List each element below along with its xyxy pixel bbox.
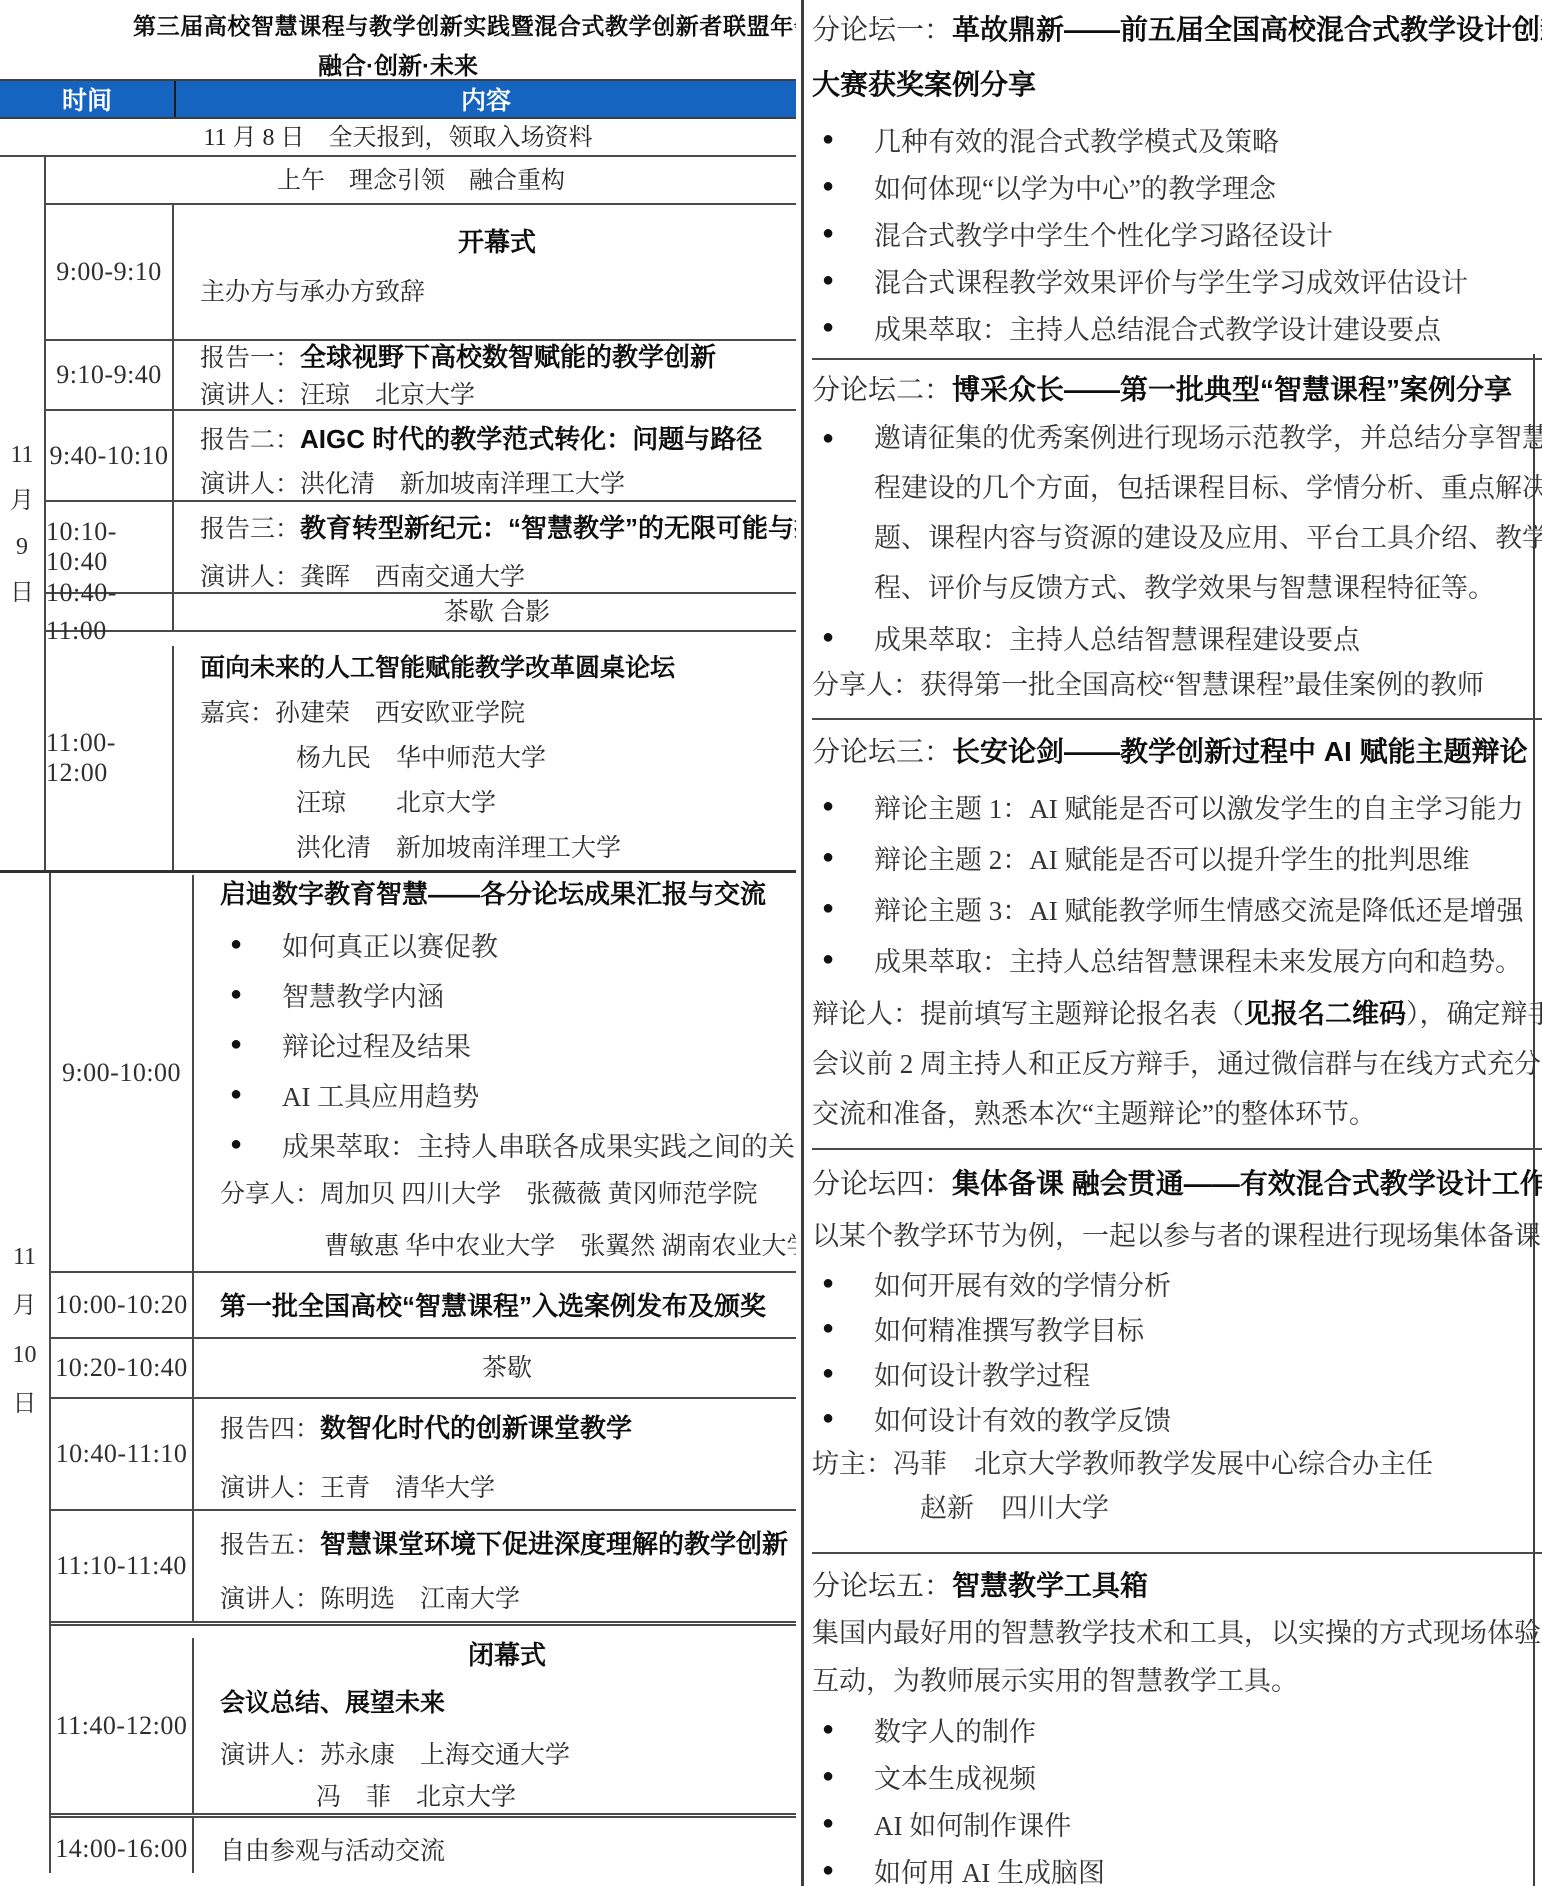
report-title: 数智化时代的创新课堂教学 <box>320 1413 632 1443</box>
bullet-item: ●智慧教学内涵 <box>220 969 794 1019</box>
speaker-line: 演讲人：苏永康 上海交通大学 <box>220 1740 794 1772</box>
forum-4-section: 分论坛四：集体备课 融会贯通——有效混合式教学设计工作坊 以某个教学环节为例，一… <box>812 1148 1542 1552</box>
date-char: 月 <box>10 478 34 524</box>
morning-theme-row: 上午 理念引领 融合重构 <box>46 157 796 205</box>
bullet-icon: ● <box>220 933 282 956</box>
guest-line: 汪琼 北京大学 <box>200 781 794 826</box>
bullet-text: 混合式课程教学效果评价与学生学习成效评估设计 <box>874 261 1468 300</box>
time-cell: 10:20-10:40 <box>51 1339 194 1397</box>
table-row: 9:10-9:40 报告一：全球视野下高校数智赋能的教学创新 演讲人：汪琼 北京… <box>46 341 796 411</box>
bullet-text: 数字人的制作 <box>874 1710 1036 1749</box>
table-row: 11:10-11:40 报告五：智慧课堂环境下促进深度理解的教学创新 演讲人：陈… <box>51 1511 796 1621</box>
sharer-note: 分享人：获得第一批全国高校“智慧课程”最佳案例的教师 <box>812 661 1542 709</box>
day2-section: 11 月 10 日 9:00-10:00 启迪数字教育智慧——各分论坛成果汇报与… <box>0 870 796 1873</box>
document-title: 第三届高校智慧课程与教学创新实践暨混合式教学创新者联盟年会 <box>133 8 796 46</box>
bullet-icon: ● <box>812 1859 874 1882</box>
table-row: 10:20-10:40 茶歇 <box>51 1339 796 1399</box>
paragraph-line: 程、评价与反馈方式、教学效果与智慧课程特征等。 <box>874 563 1542 613</box>
time-cell: 11:40-12:00 <box>51 1638 194 1813</box>
report-title: 教育转型新纪元：“智慧教学”的无限可能与挑战 <box>300 513 796 543</box>
forum-2-section: 分论坛二：博采众长——第一批典型“智慧课程”案例分享 ● 邀请征集的优秀案例进行… <box>812 358 1542 718</box>
bullet-icon: ● <box>220 983 282 1006</box>
bullet-item: ●如何开展有效的学情分析 <box>812 1261 1542 1306</box>
break-label: 茶歇 <box>194 1339 796 1397</box>
bullet-icon: ● <box>812 269 874 292</box>
time-cell: 10:40-11:00 <box>46 594 174 630</box>
speaker-line: 冯 菲 北京大学 <box>220 1782 794 1813</box>
forum-title: 博采众长——第一批典型“智慧课程”案例分享 <box>952 374 1512 405</box>
time-cell: 9:10-9:40 <box>46 341 174 409</box>
bullet-text: 智慧教学内涵 <box>282 975 444 1014</box>
report-prefix: 报告三： <box>200 516 300 543</box>
bullet-icon: ● <box>812 1407 874 1430</box>
table-header: 时间 内容 <box>0 79 796 119</box>
bullet-item: ●如何真正以赛促教 <box>220 919 794 969</box>
bullet-text: 成果萃取：主持人总结混合式教学设计建设要点 <box>874 308 1441 347</box>
break-label: 茶歇 合影 <box>174 594 796 630</box>
report-prefix: 报告五： <box>220 1532 320 1559</box>
bullet-item: ●成果萃取：主持人总结智慧课程未来发展方向和趋势。 <box>812 934 1542 985</box>
page-divider-line <box>801 0 804 1886</box>
guest-line: 嘉宾：孙建荣 西安欧亚学院 <box>200 691 794 736</box>
forums-page: 分论坛一：革故鼎新——前五届全国高校混合式教学设计创新 大赛获奖案例分享 ●几种… <box>812 0 1542 1886</box>
forum-title: 长安论剑——教学创新过程中 AI 赋能主题辩论 <box>952 736 1528 767</box>
table-row: 9:00-9:10 开幕式 主办方与承办方致辞 <box>46 205 796 341</box>
session-title: 启迪数字教育智慧——各分论坛成果汇报与交流 <box>220 875 794 913</box>
session-title: 闭幕式 <box>220 1638 794 1672</box>
bullet-text: 如何设计教学过程 <box>874 1354 1090 1393</box>
roundtable-title: 面向未来的人工智能赋能教学改革圆桌论坛 <box>200 646 794 691</box>
session-line: 主办方与承办方致辞 <box>200 277 794 309</box>
bullet-icon: ● <box>812 128 874 151</box>
speaker-line: 演讲人：王青 清华大学 <box>220 1474 794 1504</box>
report-title: AIGC 时代的教学范式转化：问题与路径 <box>300 424 762 454</box>
date-char: 11 <box>10 432 34 478</box>
bullet-item: ●混合式课程教学效果评价与学生学习成效评估设计 <box>812 257 1542 304</box>
bullet-text: 如何真正以赛促教 <box>282 925 498 964</box>
time-cell: 9:00-10:00 <box>51 875 194 1271</box>
bullet-icon: ● <box>812 316 874 339</box>
forum-title: 革故鼎新——前五届全国高校混合式教学设计创新 <box>952 14 1542 45</box>
table-row: 10:00-10:20 第一批全国高校“智慧课程”入选案例发布及颁奖 <box>51 1273 796 1339</box>
sharer-line: 分享人：周加贝 四川大学 张薇薇 黄冈师范学院 <box>220 1169 794 1221</box>
forum-intro: 集国内最好用的智慧教学技术和工具，以实操的方式现场体验与 <box>812 1609 1542 1657</box>
bullet-item: ●成果萃取：主持人串联各成果实践之间的关联 <box>220 1119 794 1169</box>
schedule-table: 11 月 8 日 全天报到，领取入场资料 11 月 9 日 上午 理念引领 融合… <box>0 119 796 1873</box>
bullet-item: ●几种有效的混合式教学模式及策略 <box>812 116 1542 163</box>
bullet-text: 如何开展有效的学情分析 <box>874 1264 1171 1303</box>
bullet-icon: ● <box>812 1272 874 1295</box>
forum-intro: 互动，为教师展示实用的智慧教学工具。 <box>812 1657 1542 1705</box>
bullet-item: ●辩论过程及结果 <box>220 1019 794 1069</box>
bullet-icon: ● <box>220 1083 282 1106</box>
bullet-icon: ● <box>812 795 874 818</box>
forum-title: 大赛获奖案例分享 <box>812 69 1036 100</box>
date-char: 日 <box>10 570 34 616</box>
bullet-item: ● 邀请征集的优秀案例进行现场示范教学，并总结分享智慧课 程建设的几个方面，包括… <box>812 413 1542 613</box>
bullet-item: ●AI 工具应用趋势 <box>220 1069 794 1119</box>
forum-intro: 以某个教学环节为例，一起以参与者的课程进行现场集体备课。 <box>812 1211 1542 1261</box>
sharer-line: 曹敏惠 华中农业大学 张翼然 湖南农业大学 <box>220 1221 794 1271</box>
bullet-icon: ● <box>812 846 874 869</box>
session-title: 开幕式 <box>200 225 794 259</box>
session-line: 自由参观与活动交流 <box>194 1818 796 1873</box>
forum-3-section: 分论坛三：长安论剑——教学创新过程中 AI 赋能主题辩论 ●辩论主题 1：AI … <box>812 718 1542 1148</box>
bullet-item: ●数字人的制作 <box>812 1707 1542 1752</box>
bullet-text: 文本生成视频 <box>874 1757 1036 1796</box>
date-char: 11 <box>13 1233 37 1282</box>
bullet-text: AI 如何制作课件 <box>874 1804 1071 1843</box>
time-cell: 11:10-11:40 <box>51 1511 194 1621</box>
time-cell: 11:00-12:00 <box>46 646 174 870</box>
time-cell: 9:40-10:10 <box>46 411 174 500</box>
forum-5-section: 分论坛五：智慧教学工具箱 集国内最好用的智慧教学技术和工具，以实操的方式现场体验… <box>812 1552 1542 1884</box>
date-char: 日 <box>13 1380 37 1429</box>
header-content-col: 内容 <box>176 81 796 117</box>
table-row: 14:00-16:00 自由参观与活动交流 <box>51 1813 796 1873</box>
bullet-icon: ● <box>812 897 874 920</box>
bullet-icon: ● <box>812 222 874 245</box>
table-row: 11:00-12:00 面向未来的人工智能赋能教学改革圆桌论坛 嘉宾：孙建荣 西… <box>46 632 796 870</box>
time-cell: 9:00-9:10 <box>46 205 174 339</box>
bullet-item: ●成果萃取：主持人总结混合式教学设计建设要点 <box>812 304 1542 351</box>
speaker-line: 演讲人：陈明选 江南大学 <box>220 1585 794 1615</box>
bullet-item: ●辩论主题 2：AI 赋能是否可以提升学生的批判思维 <box>812 832 1542 883</box>
paragraph-line: 会议前 2 周主持人和正反方辩手，通过微信群与在线方式充分 <box>812 1039 1542 1089</box>
bullet-item: ●辩论主题 1：AI 赋能是否可以激发学生的自主学习能力 <box>812 781 1542 832</box>
time-cell: 14:00-16:00 <box>51 1818 194 1873</box>
paragraph-line: 程建设的几个方面，包括课程目标、学情分析、重点解决问 <box>874 463 1542 513</box>
guest-line: 洪化清 新加坡南洋理工大学 <box>200 826 794 870</box>
date-char: 月 <box>13 1282 37 1331</box>
table-row: 10:40-11:00 茶歇 合影 <box>46 594 796 632</box>
bullet-item: ●如何精准撰写教学目标 <box>812 1306 1542 1351</box>
bullet-text: 成果萃取：主持人总结智慧课程建设要点 <box>874 618 1360 657</box>
forum-prefix: 分论坛二： <box>812 375 952 406</box>
forum-prefix: 分论坛四： <box>812 1169 952 1200</box>
document-subtitle: 融合·创新·未来 <box>0 46 796 81</box>
bullet-text: 几种有效的混合式教学模式及策略 <box>874 120 1279 159</box>
host-line: 赵新 四川大学 <box>812 1487 1542 1529</box>
time-cell: 10:40-11:10 <box>51 1399 194 1509</box>
bullet-item: ●混合式教学中学生个性化学习路径设计 <box>812 210 1542 257</box>
date-char: 10 <box>13 1331 37 1380</box>
forum-title: 集体备课 融会贯通——有效混合式教学设计工作坊 <box>952 1168 1542 1199</box>
bullet-text: AI 工具应用趋势 <box>282 1075 479 1114</box>
time-cell: 10:00-10:20 <box>51 1273 194 1337</box>
bullet-icon: ● <box>812 1317 874 1340</box>
bullet-icon: ● <box>812 413 874 463</box>
bullet-item: ●如何体现“以学为中心”的教学理念 <box>812 163 1542 210</box>
table-row: 9:40-10:10 报告二：AIGC 时代的教学范式转化：问题与路径 演讲人：… <box>46 411 796 502</box>
schedule-page: 第三届高校智慧课程与教学创新实践暨混合式教学创新者联盟年会 融合·创新·未来 时… <box>0 0 796 1886</box>
bullet-icon: ● <box>812 175 874 198</box>
bullet-item: ●AI 如何制作课件 <box>812 1801 1542 1846</box>
bullet-text: 成果萃取：主持人总结智慧课程未来发展方向和趋势。 <box>874 940 1522 979</box>
report-prefix: 报告一： <box>200 345 300 372</box>
bullet-item: ●如何设计教学过程 <box>812 1351 1542 1396</box>
bullet-text: 辩论主题 3：AI 赋能教学师生情感交流是降低还是增强 <box>874 889 1524 928</box>
forum-1-section: 分论坛一：革故鼎新——前五届全国高校混合式教学设计创新 大赛获奖案例分享 ●几种… <box>812 0 1542 358</box>
report-prefix: 报告四： <box>220 1416 320 1443</box>
bullet-icon: ● <box>812 1812 874 1835</box>
bullet-text: 辩论主题 1：AI 赋能是否可以激发学生的自主学习能力 <box>874 787 1524 826</box>
forum-prefix: 分论坛五： <box>812 1571 952 1602</box>
bullet-text: 辩论过程及结果 <box>282 1025 471 1064</box>
paragraph-line: 题、课程内容与资源的建设及应用、平台工具介绍、教学过 <box>874 513 1542 563</box>
forum-title: 智慧教学工具箱 <box>952 1570 1148 1601</box>
bullet-text: 混合式教学中学生个性化学习路径设计 <box>874 214 1333 253</box>
day1-date-cell: 11 月 9 日 <box>0 157 46 870</box>
speaker-line: 演讲人：龚晖 西南交通大学 <box>200 563 794 592</box>
header-time-col: 时间 <box>0 81 176 117</box>
day1-section: 11 月 9 日 上午 理念引领 融合重构 9:00-9:10 开幕式 主办方与… <box>0 157 796 870</box>
table-row: 11:40-12:00 闭幕式 会议总结、展望未来 演讲人：苏永康 上海交通大学… <box>51 1621 796 1813</box>
report-prefix: 报告二： <box>200 427 300 454</box>
bullet-item: ●辩论主题 3：AI 赋能教学师生情感交流是降低还是增强 <box>812 883 1542 934</box>
bullet-icon: ● <box>812 626 874 649</box>
host-line: 坊主：冯菲 北京大学教师教学发展中心综合办主任 <box>812 1441 1542 1487</box>
day2-date-cell: 11 月 10 日 <box>0 873 51 1873</box>
bullet-item: ●如何用 AI 生成脑图 <box>812 1848 1542 1884</box>
bullet-text: 辩论主题 2：AI 赋能是否可以提升学生的批判思维 <box>874 838 1470 877</box>
table-row: 9:00-10:00 启迪数字教育智慧——各分论坛成果汇报与交流 ●如何真正以赛… <box>51 873 796 1273</box>
bullet-icon: ● <box>812 1765 874 1788</box>
bullet-icon: ● <box>812 1362 874 1385</box>
forum-prefix: 分论坛一： <box>812 15 952 46</box>
forum-prefix: 分论坛三： <box>812 737 952 768</box>
bullet-icon: ● <box>812 948 874 971</box>
date-char: 9 <box>10 524 34 570</box>
paragraph-line: 辩论人：提前填写主题辩论报名表（见报名二维码），确定辩手。 <box>812 989 1542 1039</box>
bullet-text: 成果萃取：主持人串联各成果实践之间的关联 <box>282 1125 794 1164</box>
speaker-line: 演讲人：洪化清 新加坡南洋理工大学 <box>200 470 794 500</box>
paragraph-line: 邀请征集的优秀案例进行现场示范教学，并总结分享智慧课 <box>874 413 1542 463</box>
bullet-item: ●成果萃取：主持人总结智慧课程建设要点 <box>812 613 1542 661</box>
bullet-icon: ● <box>812 1718 874 1741</box>
guest-line: 杨九民 华中师范大学 <box>200 736 794 781</box>
bold-inline: 见报名二维码 <box>1244 999 1406 1029</box>
table-row: 10:40-11:10 报告四：数智化时代的创新课堂教学 演讲人：王青 清华大学 <box>51 1399 796 1511</box>
session-line: 会议总结、展望未来 <box>220 1686 794 1720</box>
session-title: 第一批全国高校“智慧课程”入选案例发布及颁奖 <box>220 1273 794 1337</box>
report-title: 全球视野下高校数智赋能的教学创新 <box>300 342 716 372</box>
bullet-text: 如何设计有效的教学反馈 <box>874 1399 1171 1438</box>
bullet-item: ●如何设计有效的教学反馈 <box>812 1396 1542 1441</box>
registration-row: 11 月 8 日 全天报到，领取入场资料 <box>0 119 796 157</box>
bullet-text: 如何用 AI 生成脑图 <box>874 1851 1105 1884</box>
speaker-line: 演讲人：汪琼 北京大学 <box>200 381 794 409</box>
paragraph-line: 交流和准备，熟悉本次“主题辩论”的整体环节。 <box>812 1089 1542 1139</box>
bullet-text: 如何体现“以学为中心”的教学理念 <box>874 167 1276 206</box>
bullet-icon: ● <box>220 1133 282 1156</box>
report-title: 智慧课堂环境下促进深度理解的教学创新 <box>320 1529 788 1559</box>
bullet-item: ●文本生成视频 <box>812 1754 1542 1799</box>
bullet-text: 如何精准撰写教学目标 <box>874 1309 1144 1348</box>
bullet-icon: ● <box>220 1033 282 1056</box>
